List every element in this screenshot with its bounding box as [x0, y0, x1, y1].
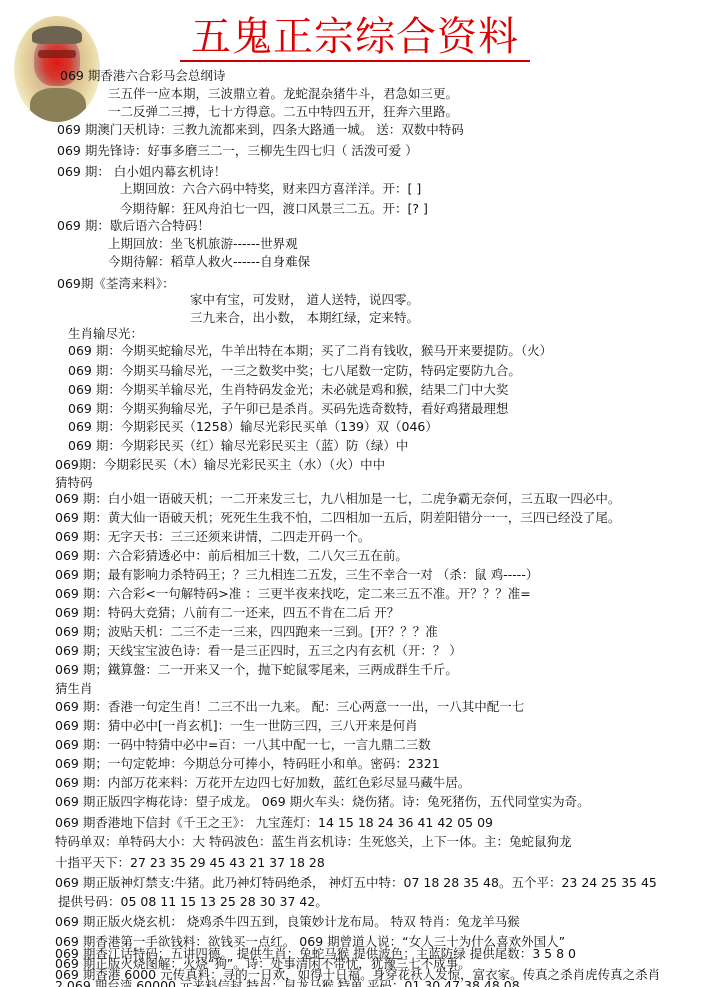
text-line: 猜生肖	[55, 681, 93, 697]
text-line: 069 期：歇后语六合特码！	[57, 218, 210, 234]
text-line: 三九来合，出小数， 本期红绿，定来特。	[190, 310, 419, 326]
text-line: 今期待解：狂风舟泊七一四，渡口风景三二五。开：[? ]	[120, 201, 428, 217]
text-line: 069 期：白小姐一语破天机；一二开来发三七，九八相加是一七，二虎争霸无奈何，三…	[55, 491, 620, 507]
text-line: 069 期澳门天机诗：三教九流都来到，四条大路通一城。 送：双数中特码	[57, 122, 464, 138]
text-line: 上期回放：坐飞机旅游------世界观	[108, 236, 298, 252]
text-line: 069 期：无字天书：三三还须来讲情，二四走开码一个。	[55, 529, 370, 545]
text-line: 069 期：内部万花来料：万花开左边四七好加数，蓝红色彩尽显马藏牛居。	[55, 775, 470, 791]
text-line: 家中有宝，可发财， 道人送特，说四零。	[190, 292, 419, 308]
text-line: 069 期：今期彩民买（1258）输尽光彩民买单（139）双（046）	[68, 419, 438, 435]
text-line: 069 期；最有影响力杀特码王；？三九相连二五发，三生不幸合一对 （杀：鼠 鸡-…	[55, 567, 538, 583]
text-line: 069 期香港地下信封《千王之王》： 九宝莲灯：14 15 18 24 36 4…	[55, 815, 493, 831]
text-line: 069 期：黄大仙一语破天机；死死生生我不怕，二四相加一五后，阴差阳错分一一，三…	[55, 510, 620, 526]
text-line: 069 期：今期彩民买（红）输尽光彩民买主（蓝）防（绿）中	[68, 438, 408, 454]
text-line: 069 期正版神灯禁支:牛猪。此乃神灯特码绝杀， 神灯五中特：07 18 28 …	[55, 875, 657, 891]
text-line: 069 期：今期买羊输尽光，生肖特码发金光；未必就是鸡和猴，结果二门中大奖	[68, 382, 508, 398]
text-line: 069 期正版四字梅花诗：望子成龙。 069 期火车头：烧伤猪。诗：兔死猪伤，五…	[55, 794, 590, 810]
text-line: 2 069 期台湾 60000 元来料信封 特肖：鼠龙马猴 特单 平码：01 3…	[55, 978, 532, 987]
text-line: 三五伴一应本期，三波鼎立着。龙蛇混杂猪牛斗，君急如三更。	[108, 86, 458, 102]
text-line: 069 期先锋诗：好事多磨三二一，三柳先生四七归（ 活泼可爱 ）	[57, 143, 418, 159]
text-line: 069 期：今期买马输尽光，一三之数奖中奖；七八尾数一定防，特码定要防九合。	[68, 363, 521, 379]
text-line: 069 期：今期买狗输尽光，子午卯已是杀肖。买码先选奇数特，看好鸡猪最理想	[68, 401, 508, 417]
portrait-hair	[32, 26, 82, 44]
text-line: 069 期；波贴天机：二三不走一三来，四四跑来一三到。[开？？？准	[55, 624, 438, 640]
text-line: 上期回放：六合六码中特奖，财来四方喜洋洋。开：[ ]	[120, 181, 421, 197]
text-line: 069 期：一码中特猜中必中=百：一八其中配一七，一言九鼎二三数	[55, 737, 431, 753]
text-line: 猜特码	[55, 475, 93, 491]
portrait-collar	[30, 88, 86, 122]
text-line: 069 期：今期买蛇输尽光，牛羊出特在本期；买了二肖有钱收，猴马开来要提防。（火…	[68, 343, 552, 359]
text-line: 069 期： 白小姐内幕玄机诗！	[57, 164, 226, 180]
text-line: 069 期；天线宝宝波色诗：看一是三正四时，五三之内有玄机（开：？ ）	[55, 643, 462, 659]
text-line: 069期：今期彩民买（木）输尽光彩民买主（水）（火）中中	[55, 457, 385, 473]
text-line: 一二反弹二三搏，七十方得意。二五中特四五开，狂奔六里路。	[108, 104, 458, 120]
page-title: 五鬼正宗综合资料	[180, 14, 530, 62]
text-line: 生肖输尽光：	[68, 326, 143, 342]
text-line: 069 期；鐵算盤：二一开来又一个，抛下蛇鼠零尾来，三两成群生千斤。	[55, 662, 458, 678]
text-line: 十指平天下：27 23 35 29 45 43 21 37 18 28	[55, 855, 325, 871]
text-line: 特码单双：单特码大小：大 特码波色：蓝生肖玄机诗：生死悠关，上下一体。主：兔蛇鼠…	[55, 834, 571, 850]
text-line: 069 期：香港一句定生肖！二三不出一九来。 配：三心两意一一出，一八其中配一七	[55, 699, 524, 715]
text-line: 069 期香港六合彩马会总纲诗	[60, 68, 225, 84]
text-line: 069 期正版火烧玄机： 烧鸡杀牛四五到，良策妙计龙布局。 特双 特肖：兔龙羊马…	[55, 914, 520, 930]
text-line: 今期待解：稻草人救火------自身难保	[108, 254, 310, 270]
text-line: 069 期；一句定乾坤：今期总分可捧小，特码旺小和单。密码：2321	[55, 756, 440, 772]
text-line: 069 期：六合彩<一句解特码>准 ：三更半夜来找吃，定二来三五不准。开？？？准…	[55, 586, 531, 602]
text-line: 069 期：猜中必中[一肖玄机]：一生一世防三四，三八开来是何肖	[55, 718, 418, 734]
portrait-glasses	[38, 50, 76, 58]
text-line: 069 期：特码大竞猜；八前有二一还来，四五不肯在二后 开？	[55, 605, 399, 621]
text-line: 069 期：六合彩猜透必中：前后相加三十数，二八欠三五在前。	[55, 548, 408, 564]
text-line: 提供号码：05 08 11 15 13 25 28 30 37 42。	[58, 894, 328, 910]
text-line: 069期《荃湾来料》：	[57, 276, 175, 292]
